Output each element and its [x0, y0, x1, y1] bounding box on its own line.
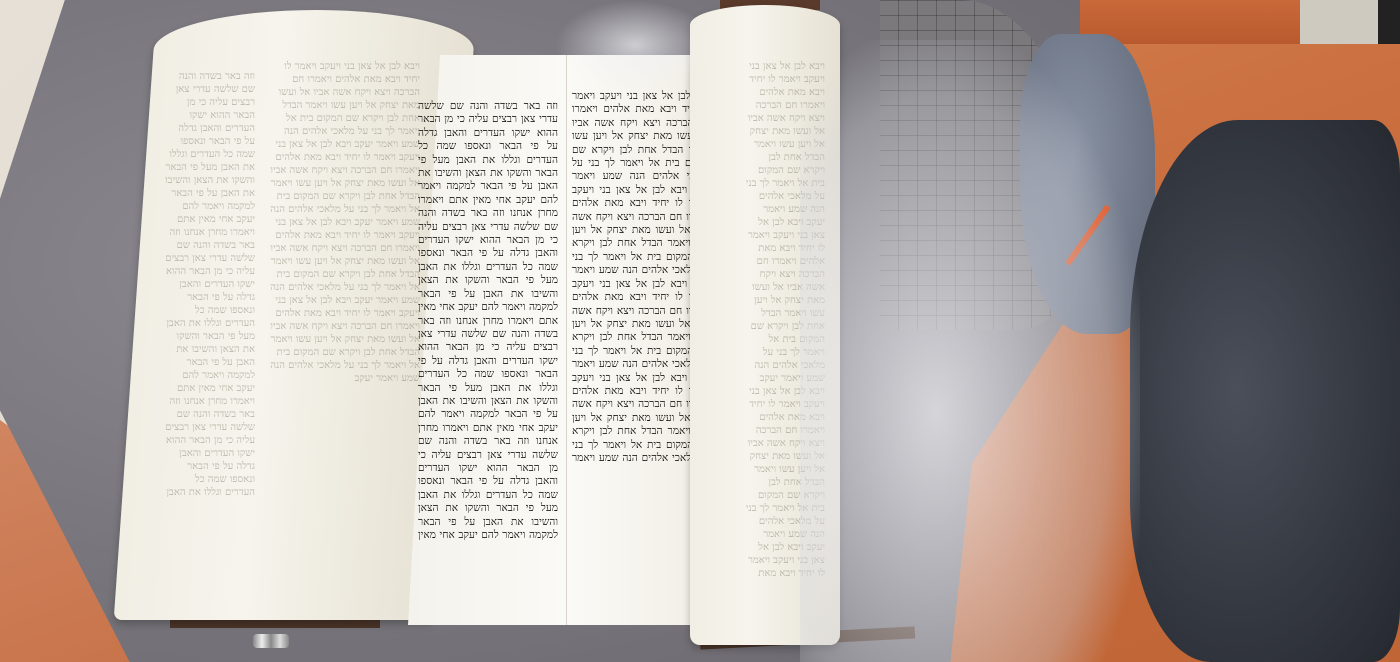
- hebrew-text-column: וזה באר בשדה והנה שם שלשה עדרי צאן רבצים…: [418, 100, 558, 540]
- clear-plastic-wrap: [800, 40, 1140, 662]
- bleed-through-text: ויבא לבן אל צאן בני ויעקב ויאמר לו יחיד …: [270, 60, 420, 510]
- bleed-through-text: וזה באר בשדה והנה שם שלשה עדרי צאן רבצים…: [165, 70, 255, 500]
- black-plastic-bag: [1130, 120, 1400, 662]
- clear-plastic-wrap: [555, 0, 715, 90]
- metal-bolt: [253, 634, 289, 648]
- dark-object: [1378, 0, 1400, 44]
- parchment-seam: [566, 55, 567, 625]
